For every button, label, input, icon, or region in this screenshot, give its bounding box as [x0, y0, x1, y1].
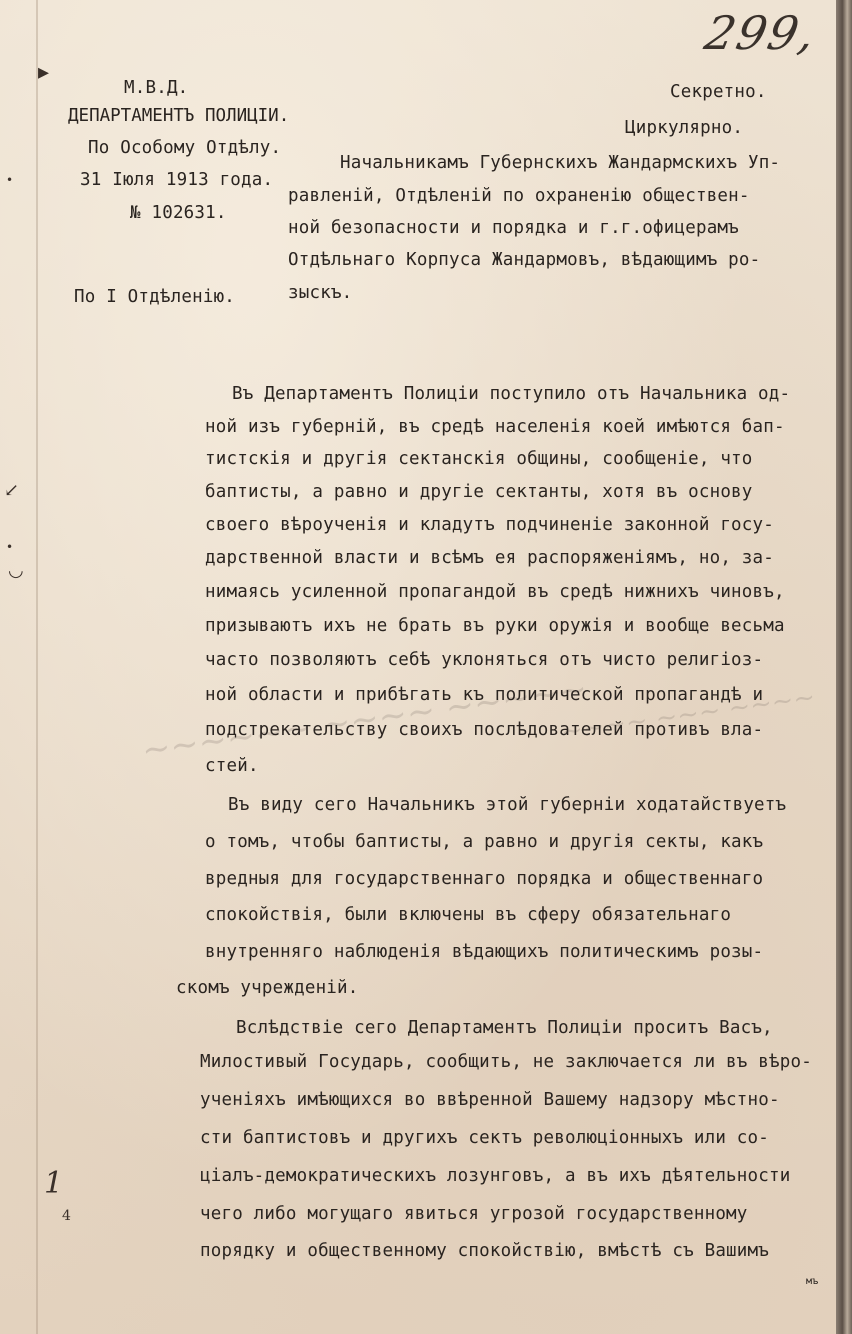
binding-thread-mark: ◡: [8, 560, 24, 581]
body-line: порядку и общественному спокойствію, вмѣ…: [200, 1241, 769, 1261]
body-line: баптисты, а равно и другіе сектанты, хот…: [205, 482, 753, 502]
binding-fold: [36, 0, 38, 1334]
body-line: тистскія и другія сектанскія общины, соо…: [205, 449, 753, 469]
body-line: нимаясь усиленной пропагандой въ средѣ н…: [205, 582, 785, 602]
body-line: подстрекательству своихъ послѣдователей …: [205, 720, 763, 740]
body-line: скомъ учрежденій.: [176, 978, 359, 998]
body-line: ной области и прибѣгать къ политической …: [205, 685, 763, 705]
continuation-mark: мъ: [806, 1276, 818, 1287]
margin-handwritten-mark: 1: [44, 1166, 63, 1201]
body-line: Вслѣдствіе сего Департаментъ Полиціи про…: [236, 1018, 773, 1038]
classification-label: Секретно.: [670, 82, 767, 102]
body-line: дарственной власти и всѣмъ ея распоряжен…: [205, 548, 774, 568]
body-line: стей.: [205, 756, 259, 776]
body-line: ной изъ губерній, въ средѣ населенія кое…: [205, 417, 785, 437]
binding-thread-mark: •: [6, 540, 13, 554]
body-line: чего либо могущаго явиться угрозой госуд…: [200, 1204, 748, 1224]
body-line: внутренняго наблюденія вѣдающихъ политич…: [205, 942, 763, 962]
addressee-line: зыскъ.: [288, 283, 352, 303]
division-label: По I Отдѣленію.: [74, 287, 235, 307]
section-label: По Особому Отдѣлу.: [88, 138, 281, 158]
circular-label: Циркулярно.: [625, 118, 743, 138]
addressee-line: Отдѣльнаго Корпуса Жандармовъ, вѣдающимъ…: [288, 250, 760, 270]
body-line: ученіяхъ имѣющихся во ввѣренной Вашему н…: [200, 1090, 780, 1110]
document-date: 31 Іюля 1913 года.: [80, 170, 273, 190]
body-line: часто позволяютъ себѣ уклоняться отъ чис…: [205, 650, 763, 670]
body-line: вредныя для государственнаго порядка и о…: [205, 869, 763, 889]
binding-hole-mark: •: [6, 173, 13, 187]
document-number: № 102631.: [130, 203, 227, 223]
body-line: спокойствія, были включены въ сферу обяз…: [205, 905, 731, 925]
body-line: Въ виду сего Начальникъ этой губерніи хо…: [228, 795, 786, 815]
body-line: сти баптистовъ и другихъ сектъ революціо…: [200, 1128, 769, 1148]
addressee-line: Начальникамъ Губернскихъ Жандармскихъ Уп…: [340, 153, 780, 173]
addressee-line: ной безопасности и порядка и г.г.офицера…: [288, 218, 739, 238]
folio-number: 299,: [700, 6, 822, 60]
addressee-line: равленій, Отдѣленій по охраненію обществ…: [288, 186, 750, 206]
binding-thread-mark: ↙: [4, 480, 19, 501]
binding-hole-mark: ▸: [38, 60, 49, 85]
body-line: ціалъ-демократическихъ лозунговъ, а въ и…: [200, 1166, 790, 1186]
body-line: Въ Департаментъ Полиціи поступило отъ На…: [232, 384, 790, 404]
body-line: Милостивый Государь, сообщить, не заключ…: [200, 1052, 812, 1072]
ministry-label: М.В.Д.: [124, 78, 188, 98]
margin-handwritten-mark: 4: [62, 1208, 71, 1224]
body-line: призываютъ ихъ не брать въ руки оружія и…: [205, 616, 785, 636]
body-line: о томъ, чтобы баптисты, а равно и другія…: [205, 832, 763, 852]
page-edge: [836, 0, 852, 1334]
body-line: своего вѣроученія и кладутъ подчиненіе з…: [205, 515, 774, 535]
department-label: ДЕПАРТАМЕНТЪ ПОЛИЦІИ.: [68, 106, 289, 126]
